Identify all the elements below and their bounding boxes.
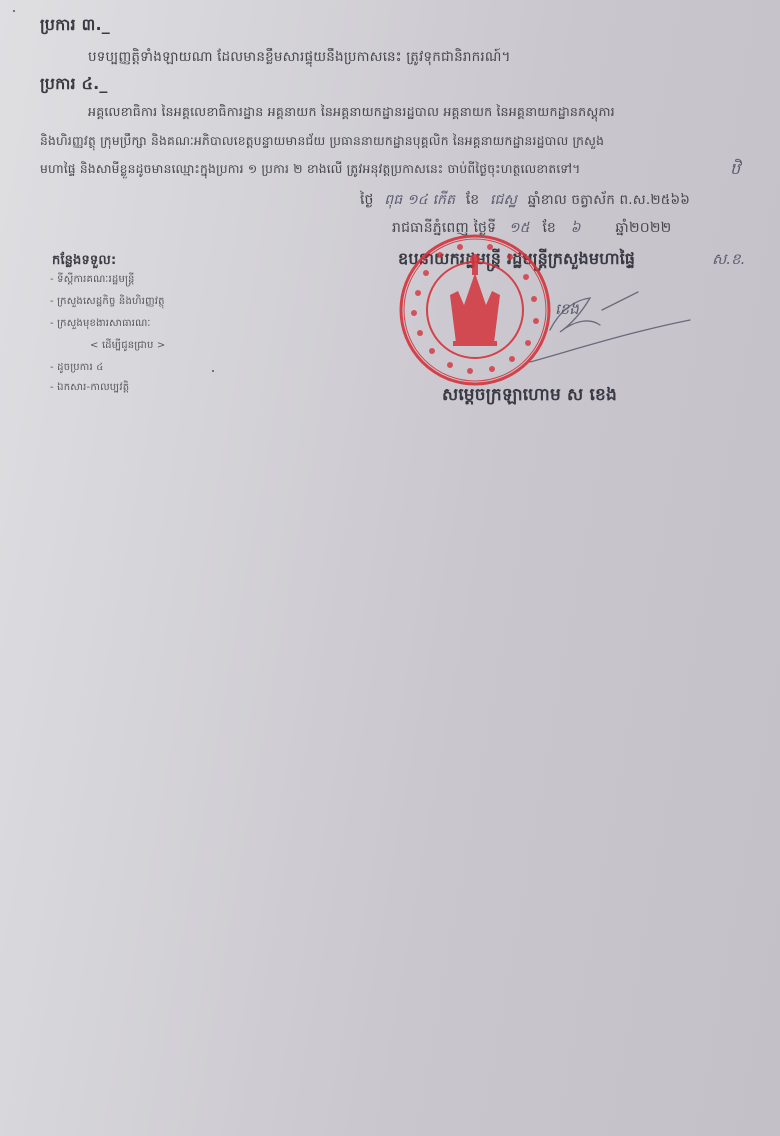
lunar-month-handwritten: ជេស្ឋ [490, 192, 517, 208]
article-4-heading: ប្រការ ៤._ [40, 73, 108, 97]
article-4-line-2: និងហិរញ្ញវត្ថុ ក្រុមប្រឹក្សា និងគណៈអភិបា… [40, 134, 604, 152]
handwritten-signature-text: ខេង [555, 300, 579, 322]
article-3-heading: ប្រការ ៣._ [40, 14, 110, 38]
lunar-month-label: ខែ [466, 192, 480, 208]
article-3-body: បទប្បញ្ញត្តិទាំងឡាយណា ដែលមានខ្លឹមសារផ្ទុ… [88, 48, 511, 68]
handwritten-signature [520, 270, 700, 380]
solar-month-handwritten: ៦ [571, 220, 581, 236]
lunar-date-prefix: ថ្ងៃ [360, 192, 374, 208]
lunar-date-line: ថ្ងៃ ពុធ ១៤ កើត ខែ ជេស្ឋ ឆ្នាំខាល ចត្វាស… [360, 190, 690, 211]
article-4-line-1: អគ្គលេខាធិការ នៃអគ្គលេខាធិការដ្ឋាន អគ្គន… [88, 104, 615, 123]
copy-to-title: កន្លែងទទួល: [52, 252, 116, 271]
speck [13, 10, 15, 12]
copy-to-item: - ឯកសារ-កាលប្បវត្តិ [50, 380, 129, 395]
signatory-name: សម្តេចក្រឡាហោម ស ខេង [442, 384, 617, 409]
copy-to-item-note: < ដើម្បីជូនជ្រាប > [90, 338, 166, 353]
handwritten-initial: ឋិ [730, 158, 740, 182]
lunar-year: ឆ្នាំខាល ចត្វាស័ក ព.ស.២៥៦៦ [528, 192, 690, 208]
copy-to-item: - ដូចប្រការ ៤ [50, 360, 104, 375]
copy-to-item: - ក្រសួងមុខងារសាធារណៈ [50, 316, 151, 331]
lunar-date-day-handwritten: ពុធ ១៤ កើត [384, 192, 455, 208]
speck [212, 370, 214, 372]
royal-crest-icon [450, 254, 500, 346]
copy-to-item: - ទីស្តីការគណៈរដ្ឋមន្ត្រី [50, 272, 135, 287]
copy-to-item: - ក្រសួងសេដ្ឋកិច្ច និងហិរញ្ញវត្ថុ [50, 294, 165, 309]
article-4-line-3: មហាផ្ទៃ និងសាមីខ្លួនដូចមានឈ្មោះក្នុងប្រក… [40, 162, 580, 180]
document-page: ប្រការ ៣._ បទប្បញ្ញត្តិទាំងឡាយណា ដែលមានខ… [0, 0, 780, 1136]
solar-year: ឆ្នាំ២០២២ [615, 220, 671, 236]
handwritten-mark: ស.ខ. [712, 250, 745, 272]
